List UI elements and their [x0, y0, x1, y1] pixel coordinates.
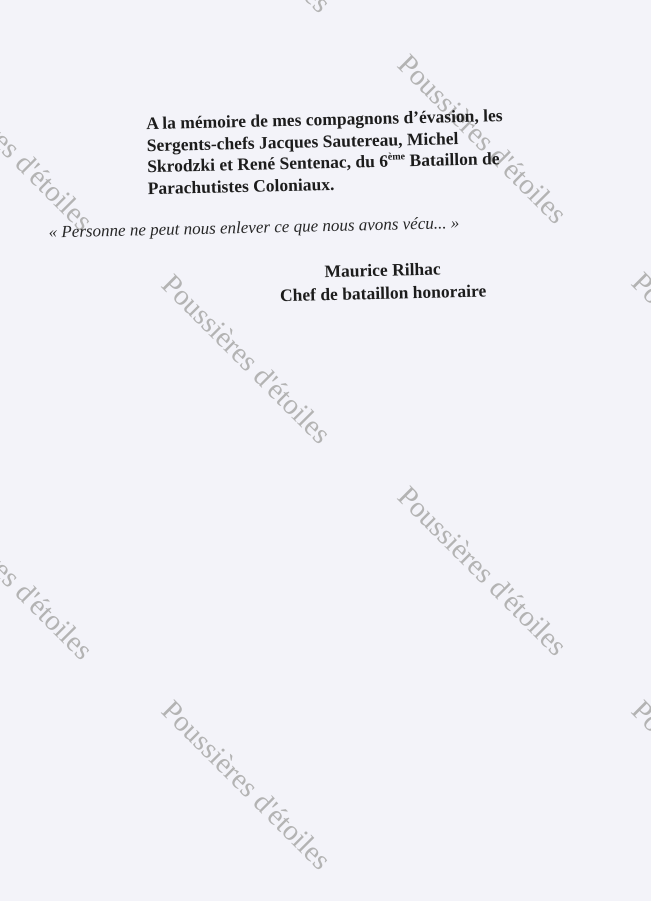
author-title: Chef de bataillon honoraire	[252, 279, 514, 308]
dedication-line-text: Skrodzki et René Sentenac, du 6	[147, 151, 388, 176]
dedication-paragraph: A la mémoire de mes compagnons d’évasion…	[146, 103, 578, 199]
page-content: A la mémoire de mes compagnons d’évasion…	[0, 0, 654, 905]
scanned-page: Poussières d'étoiles Poussières d'étoile…	[0, 0, 654, 905]
signature-block: Maurice Rilhac Chef de bataillon honorai…	[251, 256, 514, 308]
scan-edge-bottom	[0, 901, 654, 905]
dedication-line-text: Bataillon de	[405, 148, 500, 170]
ordinal-superscript: ème	[388, 151, 405, 162]
epigraph-quote: « Personne ne peut nous enlever ce que n…	[48, 213, 459, 242]
